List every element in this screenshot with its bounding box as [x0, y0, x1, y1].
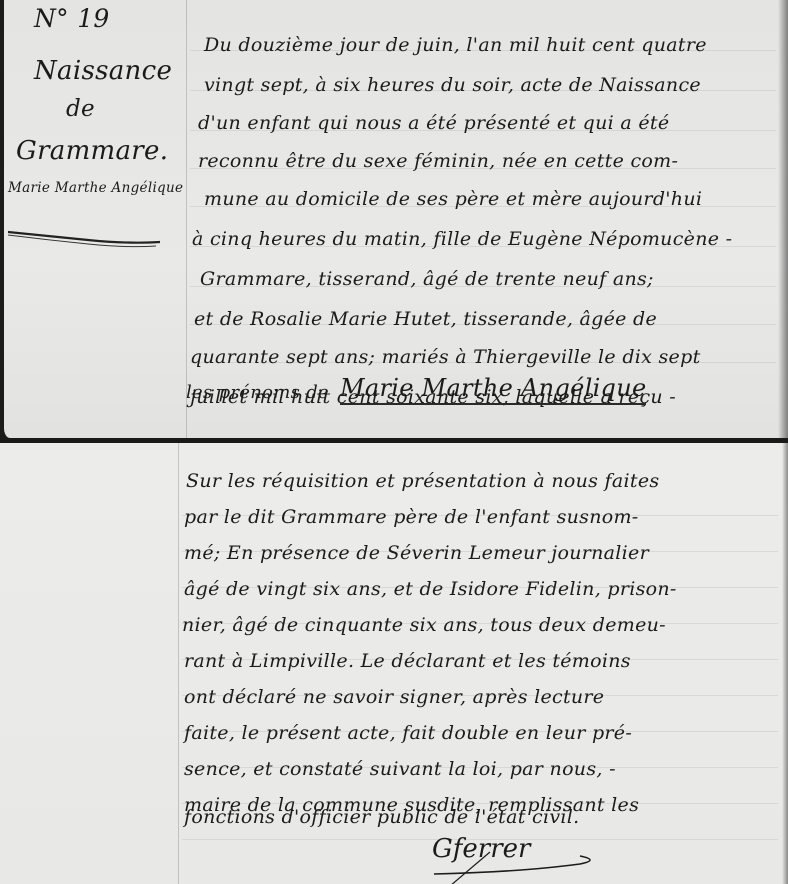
entry-connector: de: [66, 96, 95, 122]
margin-rule: [178, 443, 179, 884]
text-line-final: fonctions d'officier public de l'état ci…: [184, 806, 579, 828]
text-line: vingt sept, à six heures du soir, acte d…: [204, 74, 701, 96]
entry-given-names: Marie Marthe Angélique: [8, 180, 183, 196]
entry-surname: Grammare.: [16, 136, 168, 166]
register-page-top: N° 19 Naissance de Grammare. Marie Marth…: [0, 0, 788, 438]
text-line: âgé de vingt six ans, et de Isidore Fide…: [184, 578, 677, 600]
text-line: reconnu être du sexe féminin, née en cet…: [198, 150, 678, 172]
text-line: et de Rosalie Marie Hutet, tisserande, â…: [194, 308, 657, 330]
text-line: quarante sept ans; mariés à Thiergeville…: [190, 346, 701, 368]
text-line: Sur les réquisition et présentation à no…: [186, 470, 659, 492]
text-line: les prénoms de: [186, 382, 329, 403]
text-line: d'un enfant qui nous a été présenté et q…: [198, 112, 669, 134]
text-line: rant à Limpiville. Le déclarant et les t…: [184, 650, 631, 672]
text-line: faite, le présent acte, fait double en l…: [184, 722, 632, 744]
text-line: nier, âgé de cinquante six ans, tous deu…: [182, 614, 666, 636]
margin-flourish-icon: [8, 230, 160, 252]
text-line: ont déclaré ne savoir signer, après lect…: [184, 686, 604, 708]
entry-number: N° 19: [34, 4, 110, 33]
text-line: Grammare, tisserand, âgé de trente neuf …: [200, 268, 654, 290]
text-line: mé; En présence de Séverin Lemeur journa…: [184, 542, 649, 564]
signature-flourish-icon: [430, 846, 610, 884]
margin-rule: [186, 0, 187, 438]
entry-type: Naissance: [34, 56, 172, 86]
text-line: à cinq heures du matin, fille de Eugène …: [192, 228, 732, 250]
child-given-names: Marie Marthe Angélique: [340, 374, 646, 405]
text-line: par le dit Grammare père de l'enfant sus…: [184, 506, 639, 528]
text-line: Du douzième jour de juin, l'an mil huit …: [204, 34, 707, 56]
text-line: sence, et constaté suivant la loi, par n…: [184, 758, 616, 780]
text-line: mune au domicile de ses père et mère auj…: [204, 188, 702, 210]
